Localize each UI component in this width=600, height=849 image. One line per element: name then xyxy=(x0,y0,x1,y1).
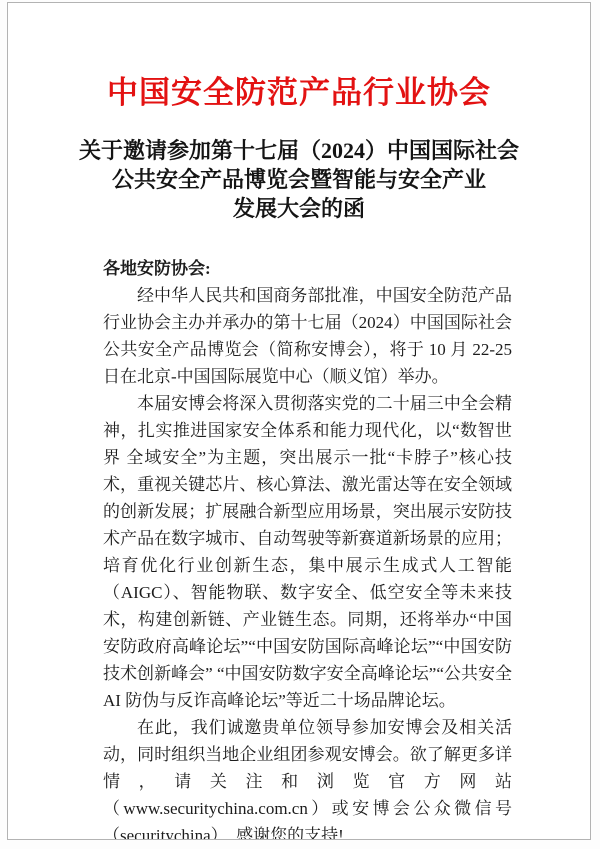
letter-title-line-2: 公共安全产品博览会暨智能与安全产业 xyxy=(8,165,590,194)
letter-title-line-3: 发展大会的函 xyxy=(8,194,590,223)
paragraph-approval-info: 经中华人民共和国商务部批准，中国安全防范产品行业协会主办并承办的第十七届（202… xyxy=(103,282,512,390)
document-page: 中国安全防范产品行业协会 关于邀请参加第十七届（2024）中国国际社会 公共安全… xyxy=(7,2,591,840)
paragraph-expo-theme: 本届安博会将深入贯彻落实党的二十届三中全会精神，扎实推进国家安全体系和能力现代化… xyxy=(103,390,512,714)
letter-body: 各地安防协会: 经中华人民共和国商务部批准，中国安全防范产品行业协会主办并承办的… xyxy=(8,255,590,840)
salutation: 各地安防协会: xyxy=(103,255,512,282)
org-title: 中国安全防范产品行业协会 xyxy=(8,74,590,112)
letter-title: 关于邀请参加第十七届（2024）中国国际社会 公共安全产品博览会暨智能与安全产业… xyxy=(8,136,590,223)
paragraph-invitation: 在此，我们诚邀贵单位领导参加安博会及相关活动，同时组织当地企业组团参观安博会。欲… xyxy=(103,714,512,840)
letter-title-line-1: 关于邀请参加第十七届（2024）中国国际社会 xyxy=(8,136,590,165)
